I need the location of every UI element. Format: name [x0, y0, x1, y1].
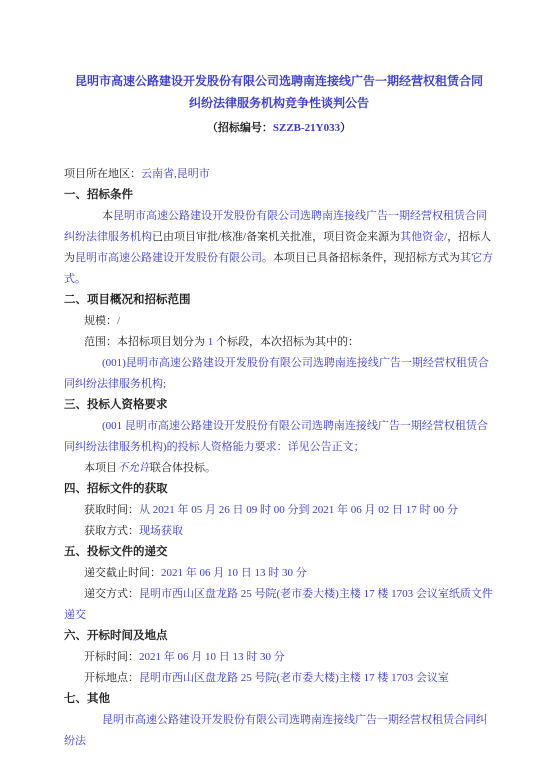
scope-line: 范围：本招标项目划分为 1 个标段，本次招标为其中的：: [64, 332, 494, 353]
scope-label: 范围：本招标项目划分为: [84, 336, 208, 348]
funding-source-highlight: 其他资金/: [400, 231, 447, 243]
opening-time-value: 2021 年 06 月 10 日 13 时 30 分: [139, 651, 285, 663]
project-location-line: 项目所在地区：云南省,昆明市: [64, 164, 494, 185]
obtain-method-label: 获取方式：: [84, 525, 139, 537]
document-body: 项目所在地区：云南省,昆明市 一、招标条件 本昆明市高速公路建设开发股份有限公司…: [64, 164, 494, 752]
section-heading-4: 四、招标文件的获取: [64, 479, 494, 500]
submission-deadline-label: 递交截止时间：: [84, 567, 161, 579]
section-heading-5: 五、投标文件的递交: [64, 542, 494, 563]
opening-place-line: 开标地点：昆明市西山区盘龙路 25 号院(老市委大楼)主楼 17 楼 1703 …: [64, 668, 494, 689]
project-location-label: 项目所在地区：: [64, 168, 141, 180]
tender-number-line: （招标编号：SZZB-21Y033）: [64, 116, 494, 140]
text-segment: 已由项目审批/核准/备案机关批准，项目资金来源为: [152, 231, 400, 243]
obtain-time-label: 获取时间：: [84, 504, 139, 516]
document-page: 昆明市高速公路建设开发股份有限公司选聘南连接线广告一期经营权租赁合同 纠纷法律服…: [0, 0, 548, 782]
bidder-qualification-paragraph: (001 昆明市高速公路建设开发股份有限公司选聘南连接线广告一期经营权租赁合同纠…: [64, 416, 494, 458]
text-segment: 。本项目已具备招标条件，现招标方式为: [262, 252, 460, 264]
opening-time-line: 开标时间：2021 年 06 月 10 日 13 时 30 分: [64, 647, 494, 668]
obtain-time-line: 获取时间：从 2021 年 05 月 26 日 09 时 00 分到 2021 …: [64, 500, 494, 521]
tender-number-open: （招标编号：: [207, 122, 273, 134]
joint-bid-suffix: 联合体投标。: [150, 462, 216, 474]
opening-place-value: 昆明市西山区盘龙路 25 号院(老市委大楼)主楼 17 楼 1703 会议室: [139, 672, 449, 684]
obtain-method-line: 获取方式：现场获取: [64, 521, 494, 542]
opening-place-label: 开标地点：: [84, 672, 139, 684]
title-line-2: 纠纷法律服务机构竞争性谈判公告: [64, 92, 494, 114]
section-heading-1: 一、招标条件: [64, 185, 494, 206]
obtain-time-value: 从 2021 年 05 月 26 日 09 时 00 分到 2021 年 06 …: [139, 504, 458, 516]
obtain-method-value: 现场获取: [139, 525, 183, 537]
scale-label: 规模：: [84, 315, 117, 327]
scale-value: /: [117, 315, 120, 327]
text-segment: 本: [102, 210, 113, 222]
project-location-value: 云南省,昆明市: [141, 168, 210, 180]
lot-001-paragraph: (001)昆明市高速公路建设开发股份有限公司选聘南连接线广告一期经营权租赁合同纠…: [64, 353, 494, 395]
section-heading-6: 六、开标时间及地点: [64, 626, 494, 647]
submission-method-line: 递交方式：昆明市西山区盘龙路 25 号院(老市委大楼)主楼 17 楼 1703 …: [64, 584, 494, 626]
tender-conditions-paragraph: 本昆明市高速公路建设开发股份有限公司选聘南连接线广告一期经营权租赁合同纠纷法律服…: [64, 206, 494, 290]
section-heading-7: 七、其他: [64, 689, 494, 710]
section-heading-3: 三、投标人资格要求: [64, 395, 494, 416]
tender-number-close: ）: [340, 122, 351, 134]
section-heading-2: 二、项目概况和招标范围: [64, 290, 494, 311]
submission-deadline-value: 2021 年 06 月 10 日 13 时 30 分: [161, 567, 307, 579]
tenderer-name-highlight: 昆明市高速公路建设开发股份有限公司: [75, 252, 262, 264]
announcement-title: 昆明市高速公路建设开发股份有限公司选聘南连接线广告一期经营权租赁合同 纠纷法律服…: [64, 70, 494, 114]
submission-deadline-line: 递交截止时间：2021 年 06 月 10 日 13 时 30 分: [64, 563, 494, 584]
tender-number: SZZB-21Y033: [273, 122, 340, 134]
submission-method-label: 递交方式：: [84, 588, 139, 600]
scope-suffix: 个标段，本次招标为其中的：: [213, 336, 359, 348]
other-paragraph-truncated: 昆明市高速公路建设开发股份有限公司选聘南连接线广告一期经营权租赁合同纠纷法: [64, 710, 494, 752]
not-allowed-highlight: 不允许: [117, 462, 150, 474]
joint-bid-line: 本项目不允许联合体投标。: [64, 458, 494, 479]
joint-bid-prefix: 本项目: [84, 462, 117, 474]
scale-line: 规模：/: [64, 311, 494, 332]
opening-time-label: 开标时间：: [84, 651, 139, 663]
title-line-1: 昆明市高速公路建设开发股份有限公司选聘南连接线广告一期经营权租赁合同: [64, 70, 494, 92]
